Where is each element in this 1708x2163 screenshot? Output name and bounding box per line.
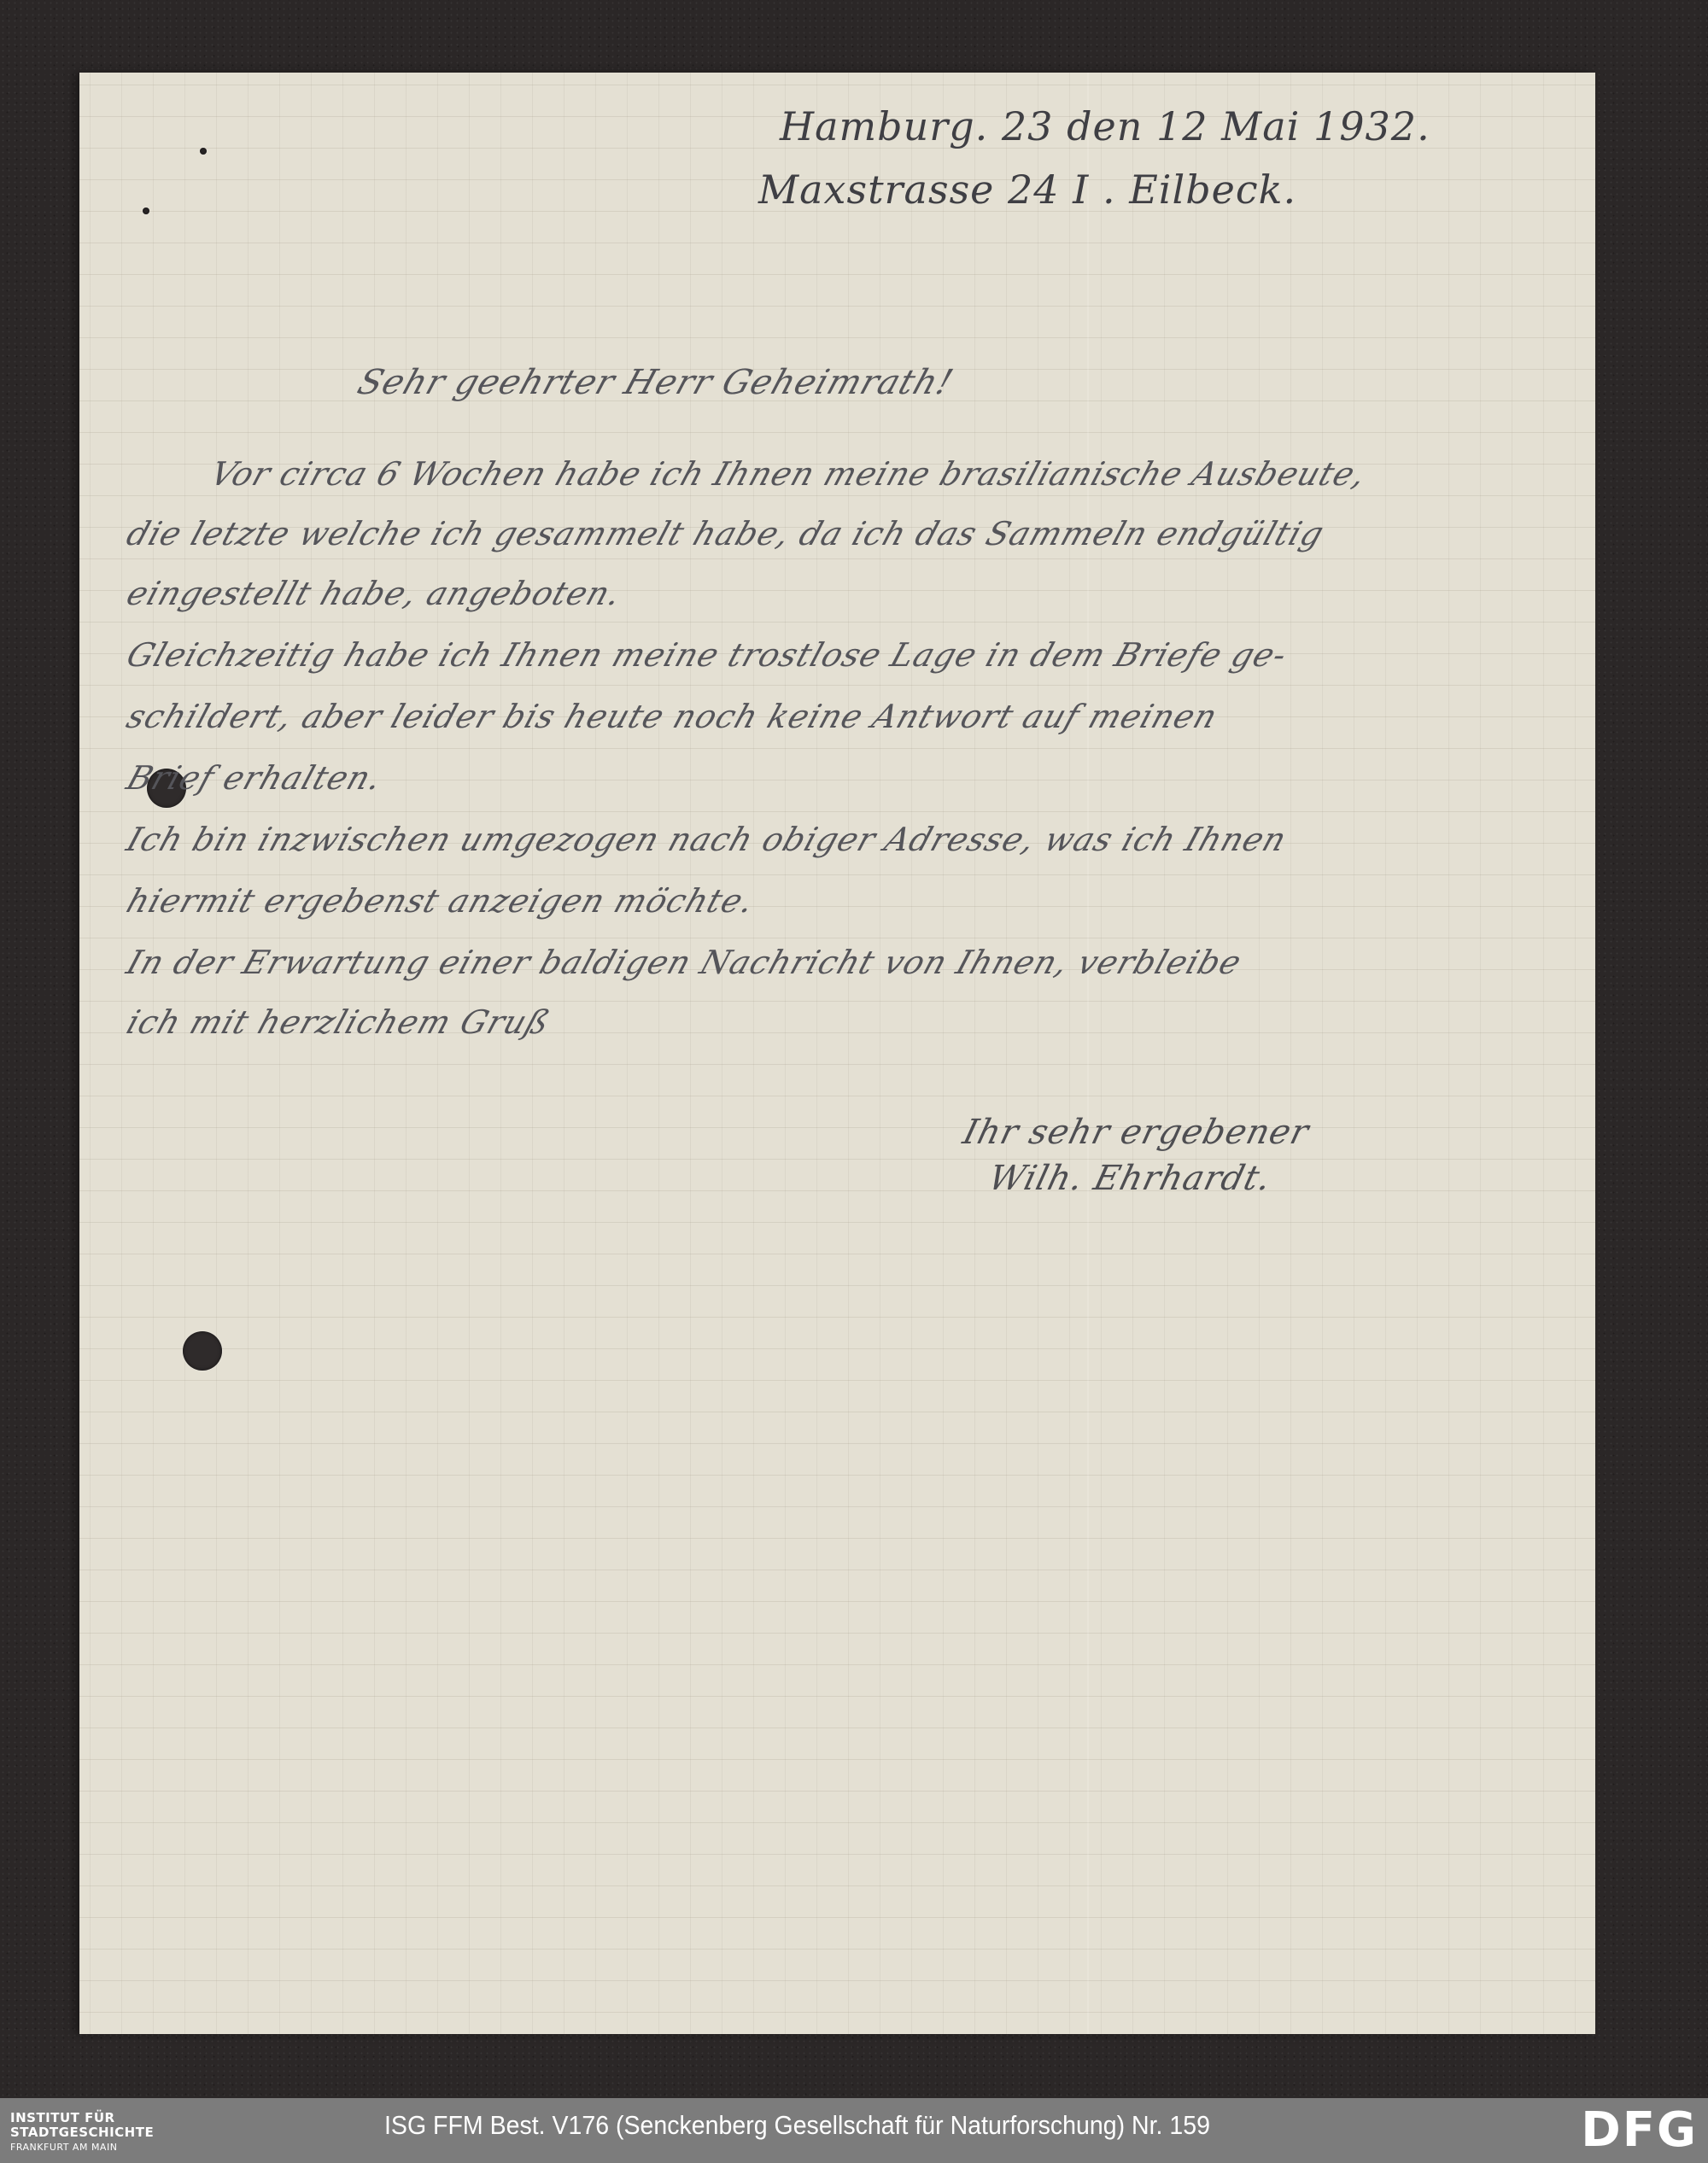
body-line: In der Erwartung einer baldigen Nachrich…: [122, 944, 1247, 981]
place-date: Hamburg. 23 den 12 Mai 1932.: [780, 103, 1430, 149]
logo-line: INSTITUT FÜR: [10, 2111, 154, 2125]
salutation: Sehr geehrter Herr Geheimrath!: [353, 363, 958, 402]
letter-page: Hamburg. 23 den 12 Mai 1932. Maxstrasse …: [79, 73, 1595, 2034]
paper-fold: [1087, 73, 1089, 2034]
body-line: Gleichzeitig habe ich Ihnen meine trostl…: [122, 636, 1292, 674]
archive-caption: ISG FFM Best. V176 (Senckenberg Gesellsc…: [384, 2110, 1319, 2141]
logo-line: FRANKFURT AM MAIN: [10, 2140, 154, 2154]
closing: Ihr sehr ergebener: [959, 1113, 1313, 1152]
body-line: schildert, aber leider bis heute noch ke…: [122, 698, 1223, 735]
signature: Wilh. Ehrhardt.: [985, 1159, 1276, 1198]
pin-hole: [143, 208, 149, 214]
body-line: ich mit herzlichem Gruß: [122, 1003, 555, 1041]
isg-institution-logo: INSTITUT FÜR STADTGESCHICHTE FRANKFURT A…: [10, 2111, 154, 2154]
pin-hole: [200, 148, 207, 155]
body-line: Brief erhalten.: [122, 759, 387, 797]
body-line: die letzte welche ich gesammelt habe, da…: [122, 515, 1329, 552]
dfg-logo: DFG: [1581, 2107, 1698, 2154]
body-line: hiermit ergebenst anzeigen möchte.: [122, 882, 759, 920]
footer-bar: INSTITUT FÜR STADTGESCHICHTE FRANKFURT A…: [0, 2098, 1708, 2163]
body-line: Vor circa 6 Wochen habe ich Ihnen meine …: [206, 455, 1372, 493]
body-line: Ich bin inzwischen umgezogen nach obiger…: [122, 821, 1292, 858]
punch-hole: [183, 1331, 222, 1371]
logo-line: STADTGESCHICHTE: [10, 2125, 154, 2140]
body-line: eingestellt habe, angeboten.: [122, 575, 627, 612]
sender-address: Maxstrasse 24 I . Eilbeck.: [758, 167, 1296, 213]
